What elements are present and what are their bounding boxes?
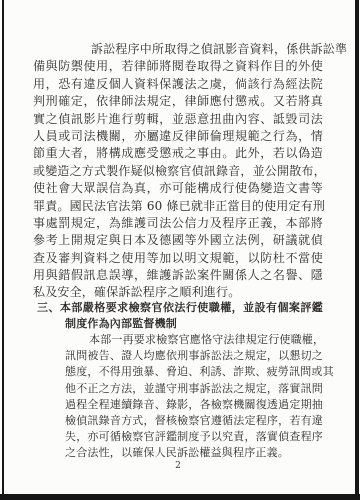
section-body-line: 過程全程連續錄音、錄影，各檢察機關復透過定期抽 [65,397,323,413]
paragraph-1: 訴訟程序中所取得之偵訊影音資料，係供訴訟準 備與防禦使用，若律師將閱卷取得之資料… [33,41,323,302]
section-body-line: 態度，不得用強暴、脅迫、利誘、詐欺、疲勞訊問或其 [65,364,323,380]
section-heading-line: 制度作為內部監督機制 [65,316,323,332]
paragraph-line: 訴訟程序中所取得之偵訊影音資料，係供訴訟準 [33,41,323,58]
paragraph-line: 使社會大眾誤信為真，亦可能構成行使偽變造文書等 [33,180,323,197]
section-body-line: 他不正之方法，並謹守刑事訴訟法之規定，落實訊問 [65,381,323,397]
paragraph-line: 節重大者，將構成應受懲戒之事由。此外，若以偽造 [33,145,323,162]
section-body-line: 訊問被告、證人均應依刑事訴訟法之規定，以懇切之 [65,348,323,364]
paragraph-line: 判刑確定，依律師法規定，律師應付懲戒。又若將真 [33,93,323,110]
paragraph-line: 用，恐有違反個人資料保護法之虞，倘該行為經法院 [33,76,323,93]
section-heading-line: 三、本部嚴格要求檢察官依法行使職權，並設有個案評鑑 [37,300,323,316]
paragraph-line: 或變造之方式製作疑似檢察官偵訊錄音，並公開散布， [33,163,323,180]
document-page: 訴訟程序中所取得之偵訊影音資料，係供訴訟準 備與防禦使用，若律師將閱卷取得之資料… [0,0,360,500]
section-body-line: 之合法性，以確保人民訴訟權益與程序正義。 [65,445,323,461]
page-number: 2 [33,461,323,471]
paragraph-line: 事處罰規定，為維護司法公信力及程序正義，本部將 [33,215,323,232]
paragraph-line: 查及審判資料之使用等加以明文規範，以防杜不當使 [33,250,323,267]
paragraph-line: 參考上開規定與日本及德國等外國立法例，研議就偵 [33,232,323,249]
paragraph-line: 用與錯假訊息誤導，維護訴訟案件關係人之名譽、隱 [33,267,323,284]
section-body-line: 檢偵訊錄音方式，督核檢察官遵循法定程序，若有違 [65,413,323,429]
scan-edge-right [355,0,359,500]
paragraph-line: 罪責。國民法官法第 60 條已就非正當目的使用定有刑 [33,198,323,215]
scan-edge-left [2,0,4,500]
paragraph-line: 備與防禦使用，若律師將閱卷取得之資料作目的外使 [33,58,323,75]
scan-edge-bottom [0,494,360,500]
section-body-line: 本部一再要求檢察官應恪守法律規定行使職權， [65,332,323,348]
paragraph-line: 實之偵訊影片進行剪輯，並惡意扭曲內容、詆毀司法 [33,111,323,128]
section-body-line: 失，亦可循檢察官評鑑制度予以究責，落實偵查程序 [65,429,323,445]
paragraph-line: 人員或司法機關，亦屬違反律師倫理規範之行為，情 [33,128,323,145]
